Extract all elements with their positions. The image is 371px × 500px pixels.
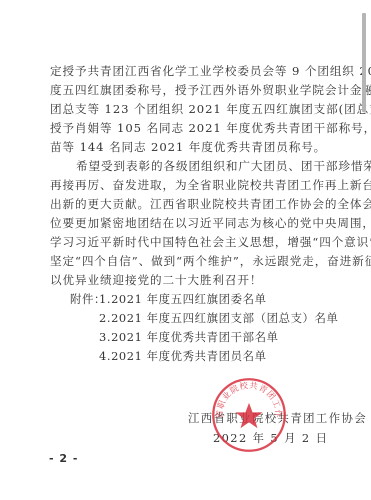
body-line: 坚定“四个自信”、做到“两个维护”，永远跟党走，奋进新征程， <box>50 254 331 268</box>
body-line: 定授予共青团江西省化学工业学校委员会等 9 个团组织 2021 年 <box>50 64 331 78</box>
official-seal-icon: 江西省职业院校共青团工作协会 <box>211 377 287 453</box>
attachment-item: 4.2021 年度优秀共青团员名单 <box>99 349 267 363</box>
body-line: 学习习近平新时代中国特色社会主义思想，增强“四个意识”、 <box>50 235 331 249</box>
body-paragraph-start: 希望受到表彰的各级团组织和广大团员、团干部珍惜荣誉、 <box>76 159 331 173</box>
body-line: 团总支等 123 个团组织 2021 年度五四红旗团支部(团总支)称号， <box>50 102 331 116</box>
attachment-item: 2.2021 年度五四红旗团支部（团总支）名单 <box>99 311 339 325</box>
body-line: 度五四红旗团委称号，授予江西外语外贸职业学院会计金融学院 <box>50 83 331 97</box>
body-line: 再接再厉、奋发进取，为全省职业院校共青团工作再上新台阶作 <box>50 178 331 192</box>
scrollbar-thumb[interactable] <box>362 13 366 112</box>
page-number: - 2 - <box>49 452 78 465</box>
attachment-item: 3.2021 年度优秀共青团干部名单 <box>99 330 279 344</box>
body-line: 位要更加紧密地团结在以习近平同志为核心的党中央周围，深入 <box>50 216 331 230</box>
body-line: 苗等 144 名同志 2021 年度优秀共青团员称号。 <box>50 140 331 154</box>
body-line: 出新的更大贡献。江西省职业院校共青团工作协会的全体会员单 <box>50 197 331 211</box>
body-line: 以优异业绩迎接党的二十大胜利召开！ <box>50 273 331 287</box>
attachment-item: 1.2021 年度五四红旗团委名单 <box>99 292 267 306</box>
document-page: 定授予共青团江西省化学工业学校委员会等 9 个团组织 2021 年 度五四红旗团… <box>0 0 371 500</box>
body-line: 授予肖娟等 105 名同志 2021 年度优秀共青团干部称号，授予李苗 <box>50 121 331 135</box>
